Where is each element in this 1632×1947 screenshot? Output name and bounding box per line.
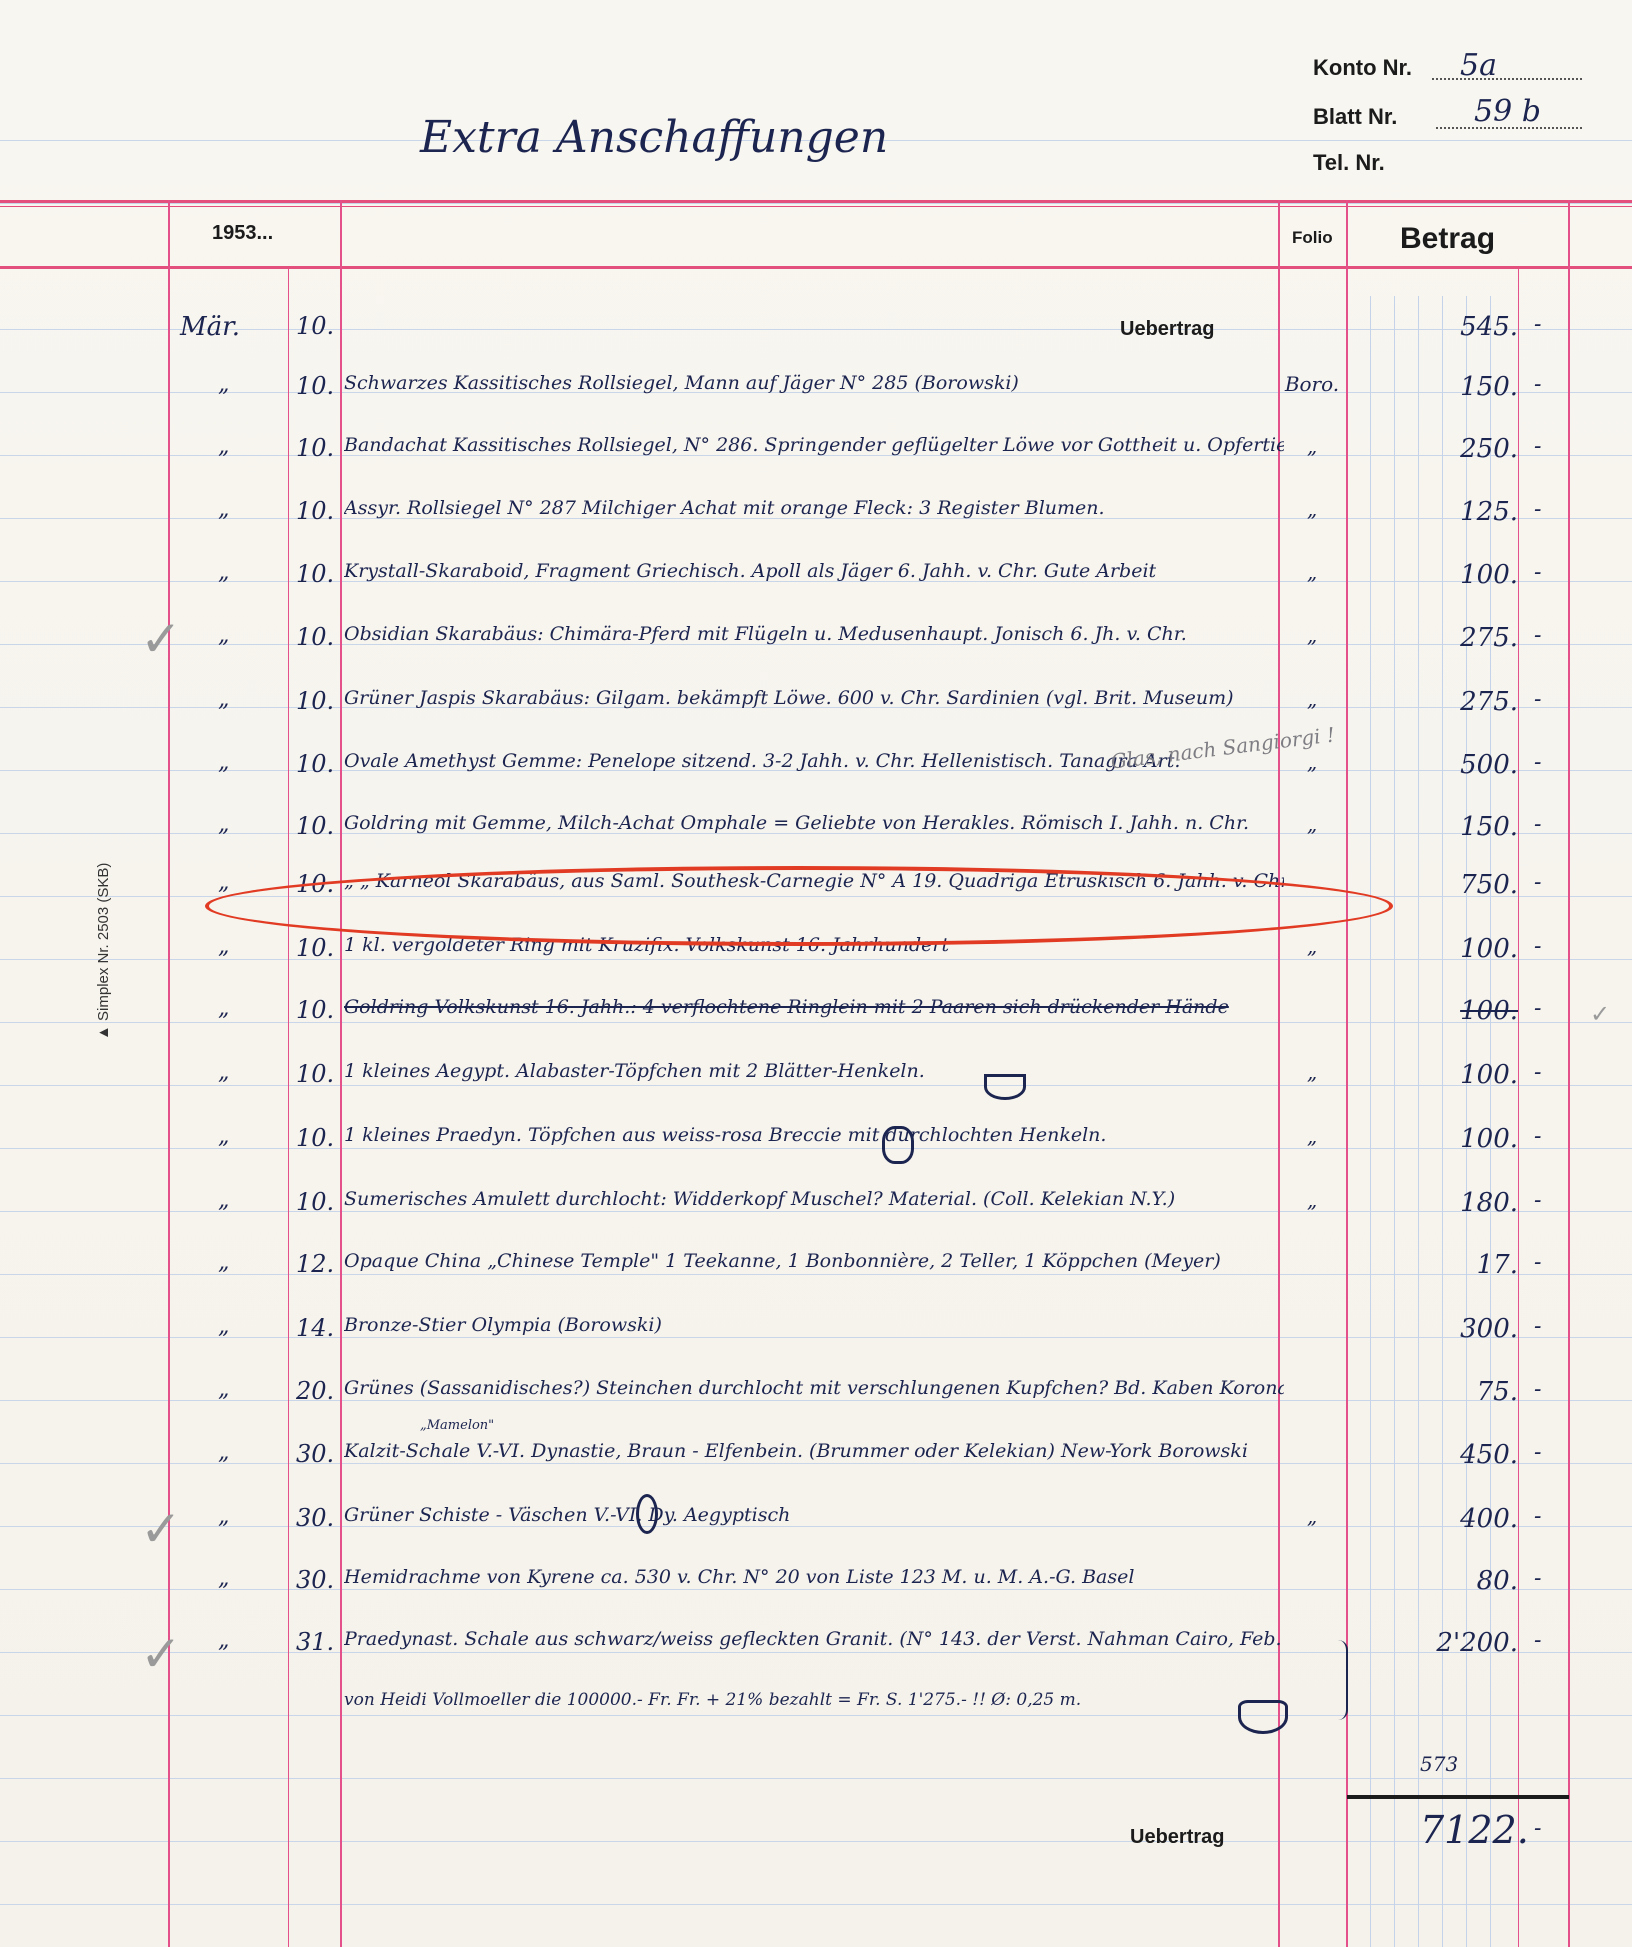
amount-dash: - (1534, 1314, 1541, 1339)
page-title: Extra Anschaffungen (420, 112, 888, 163)
ditto-mark: „ (218, 750, 229, 775)
ditto-mark: „ (218, 1188, 229, 1213)
ledger-row: „10.Schwarzes Kassitisches Rollsiegel, M… (0, 372, 1632, 432)
jar-sketch-icon (882, 1126, 914, 1164)
bowl-sketch-icon (984, 1074, 1026, 1100)
item-description: Opaque China „Chinese Temple" 1 Teekanne… (344, 1250, 1221, 1272)
amount: 150. (1460, 812, 1518, 842)
day-label: 30. (296, 1440, 334, 1468)
subtotal-value: 573 (1420, 1752, 1458, 1776)
konto-value: 5a (1460, 48, 1497, 83)
amount-dash: - (1534, 1504, 1541, 1529)
item-description: Ovale Amethyst Gemme: Penelope sitzend. … (344, 750, 1180, 772)
item-description: 1 kleines Aegypt. Alabaster-Töpfchen mit… (344, 1060, 925, 1082)
item-description: Goldring Volkskunst 16. Jahh.: 4 verfloc… (344, 996, 1229, 1018)
ditto-mark: „ (218, 560, 229, 585)
day-label: 10. (296, 434, 334, 462)
amount: 100. (1460, 560, 1518, 590)
amount-dash: - (1534, 996, 1541, 1021)
ditto-mark: „ (218, 1377, 229, 1402)
day-label: 30. (296, 1566, 334, 1594)
item-description: 1 kleines Praedyn. Töpfchen aus weiss-ro… (344, 1124, 1106, 1146)
item-description: Kalzit-Schale V.-VI. Dynastie, Braun - E… (344, 1440, 1248, 1462)
amount: 2'200. (1436, 1628, 1518, 1658)
bracket-mark (1336, 1640, 1348, 1720)
amount-dash: - (1534, 623, 1541, 648)
item-description: Bronze-Stier Olympia (Borowski) (344, 1314, 662, 1336)
day-label: 20. (296, 1377, 334, 1405)
folio-ref: „ (1282, 560, 1342, 584)
checkmark-icon: ✓ (140, 1625, 182, 1683)
amount-dash: - (1534, 870, 1541, 895)
day-label: 10. (296, 497, 334, 525)
total-rule (1347, 1795, 1569, 1799)
amount: 180. (1460, 1188, 1518, 1218)
amount-dash: - (1534, 1628, 1541, 1653)
folio-header: Folio (1292, 228, 1333, 248)
folio-ref: „ (1282, 497, 1342, 521)
ditto-mark: „ (218, 934, 229, 959)
ledger-row: „10.Bandachat Kassitisches Rollsiegel, N… (0, 434, 1632, 494)
item-description: Assyr. Rollsiegel N° 287 Milchiger Achat… (344, 497, 1105, 519)
ruled-line (0, 1778, 1632, 1779)
blatt-value: 59 b (1474, 94, 1541, 129)
folio-ref: „ (1282, 1504, 1342, 1528)
item-description: Grüner Schiste - Väschen V.-VI. Dy. Aegy… (344, 1504, 790, 1526)
ruled-line (0, 1904, 1632, 1905)
amount-dash: - (1534, 497, 1541, 522)
amount: 75. (1477, 1377, 1518, 1407)
ruled-line (0, 1841, 1632, 1842)
carry-in-amount: 545. (1460, 312, 1518, 342)
ditto-mark: „ (218, 1504, 229, 1529)
day-label: 12. (296, 1250, 334, 1278)
amount-dash: - (1534, 1124, 1541, 1149)
day-label: 10. (296, 560, 334, 588)
amount: 100. (1460, 996, 1518, 1026)
amount: 80. (1477, 1566, 1518, 1596)
ledger-row: „20.Grünes (Sassanidisches?) Steinchen d… (0, 1377, 1632, 1437)
folio-ref: „ (1282, 434, 1342, 458)
amount-dash: - (1534, 372, 1541, 397)
year-header: 1953... (212, 222, 273, 245)
blatt-label: Blatt Nr. (1313, 104, 1397, 130)
item-description: Obsidian Skarabäus: Chimära-Pferd mit Fl… (344, 623, 1187, 645)
month-label: Mär. (180, 312, 240, 342)
ditto-mark: „ (218, 812, 229, 837)
day-label: 10. (296, 687, 334, 715)
ledger-row: „10.Ovale Amethyst Gemme: Penelope sitze… (0, 750, 1632, 810)
ledger-row: „30.Kalzit-Schale V.-VI. Dynastie, Braun… (0, 1440, 1632, 1500)
tick-mark-icon: ✓ (1590, 1000, 1610, 1028)
amount-dash: - (1534, 434, 1541, 459)
ditto-mark: „ (218, 1314, 229, 1339)
folio-ref: „ (1282, 750, 1342, 774)
checkmark-icon: ✓ (140, 1500, 182, 1558)
ledger-row: „10.Krystall-Skaraboid, Fragment Griechi… (0, 560, 1632, 620)
ditto-mark: „ (218, 434, 229, 459)
ditto-mark: „ (218, 996, 229, 1021)
ditto-mark: „ (218, 687, 229, 712)
amount-dash: - (1534, 1188, 1541, 1213)
ditto-mark: „ (218, 1566, 229, 1591)
speckled-bowl-sketch-icon (1238, 1700, 1288, 1734)
amount: 750. (1460, 870, 1518, 900)
item-description-continued: von Heidi Vollmoeller die 100000.- Fr. F… (344, 1690, 1081, 1710)
amount: 150. (1460, 372, 1518, 402)
carry-in-row: Mär. 10. Uebertrag 545. - (0, 312, 1632, 372)
ditto-mark: „ (218, 1060, 229, 1085)
carry-in-label: Uebertrag (1120, 318, 1214, 341)
day-label: 10. (296, 1124, 334, 1152)
folio-ref: „ (1282, 687, 1342, 711)
amount-dash: - (1534, 1566, 1541, 1591)
day-label: 14. (296, 1314, 334, 1342)
ditto-mark: „ (218, 497, 229, 522)
day-label: 10. (296, 312, 334, 340)
day-label: 10. (296, 1060, 334, 1088)
ledger-row: „10.Assyr. Rollsiegel N° 287 Milchiger A… (0, 497, 1632, 557)
ledger-row: „10.Grüner Jaspis Skarabäus: Gilgam. bek… (0, 687, 1632, 747)
amount: 100. (1460, 934, 1518, 964)
ruled-line (0, 203, 1632, 204)
amount-dash: - (1534, 560, 1541, 585)
amount-dash: - (1534, 1440, 1541, 1465)
day-label: 10. (296, 812, 334, 840)
item-description: Schwarzes Kassitisches Rollsiegel, Mann … (344, 372, 1019, 394)
ditto-mark: „ (218, 623, 229, 648)
day-label: 30. (296, 1504, 334, 1532)
ledger-row: „10.1 kleines Aegypt. Alabaster-Töpfchen… (0, 1060, 1632, 1120)
header-pink-rule (0, 266, 1632, 269)
day-label: 10. (296, 996, 334, 1024)
amount-dash: - (1534, 750, 1541, 775)
amount: 275. (1460, 623, 1518, 653)
item-description: Grüner Jaspis Skarabäus: Gilgam. bekämpf… (344, 687, 1234, 709)
amount: 100. (1460, 1124, 1518, 1154)
ledger-row: „10.Goldring mit Gemme, Milch-Achat Omph… (0, 812, 1632, 872)
ditto-mark: „ (218, 372, 229, 397)
amount-dash: - (1534, 1377, 1541, 1402)
checkmark-icon: ✓ (140, 610, 182, 668)
carry-out-label: Uebertrag (1130, 1826, 1224, 1849)
amount: 125. (1460, 497, 1518, 527)
ledger-row: „30.Grüner Schiste - Väschen V.-VI. Dy. … (0, 1504, 1632, 1564)
folio-ref: „ (1282, 812, 1342, 836)
top-pink-rule (0, 200, 1632, 203)
item-description: Grünes (Sassanidisches?) Steinchen durch… (344, 1377, 1284, 1399)
item-description: Goldring mit Gemme, Milch-Achat Omphale … (344, 812, 1249, 834)
ledger-row: „14.Bronze-Stier Olympia (Borowski)300.- (0, 1314, 1632, 1374)
amount-dash: - (1534, 812, 1541, 837)
ledger-row: „31.Praedynast. Schale aus schwarz/weiss… (0, 1628, 1632, 1688)
day-label: 10. (296, 372, 334, 400)
ledger-row: „10.Sumerisches Amulett durchlocht: Widd… (0, 1188, 1632, 1248)
amount: 400. (1460, 1504, 1518, 1534)
ledger-row: „10.Obsidian Skarabäus: Chimära-Pferd mi… (0, 623, 1632, 683)
amount-dash: - (1534, 934, 1541, 959)
amount-dash: - (1534, 1060, 1541, 1085)
ledger-row: „30.Hemidrachme von Kyrene ca. 530 v. Ch… (0, 1566, 1632, 1626)
amount-dash: - (1534, 687, 1541, 712)
item-description: Bandachat Kassitisches Rollsiegel, N° 28… (344, 434, 1284, 456)
carry-out-amount: 7122. (1420, 1808, 1529, 1852)
day-label: 31. (296, 1628, 334, 1656)
konto-dots (1432, 78, 1582, 80)
day-label: 10. (296, 623, 334, 651)
folio-ref: „ (1282, 623, 1342, 647)
highlight-circle (205, 866, 1393, 946)
ditto-mark: „ (218, 1440, 229, 1465)
ditto-mark: „ (218, 870, 229, 895)
ledger-row: „10.1 kleines Praedyn. Töpfchen aus weis… (0, 1124, 1632, 1184)
ditto-mark: „ (218, 1124, 229, 1149)
day-label: 10. (296, 934, 334, 962)
amount: 500. (1460, 750, 1518, 780)
item-description: Praedynast. Schale aus schwarz/weiss gef… (344, 1628, 1284, 1650)
amount-dash: - (1534, 1250, 1541, 1275)
day-label: 10. (296, 1188, 334, 1216)
amount: 275. (1460, 687, 1518, 717)
item-description: Sumerisches Amulett durchlocht: Widderko… (344, 1188, 1175, 1210)
carry-out-dash: - (1534, 1816, 1541, 1841)
folio-ref: „ (1282, 934, 1342, 958)
folio-ref: „ (1282, 1060, 1342, 1084)
konto-label: Konto Nr. (1313, 55, 1412, 81)
folio-ref: „ (1282, 1124, 1342, 1148)
amount: 450. (1460, 1440, 1518, 1470)
carry-in-dash: - (1534, 312, 1541, 337)
vase-sketch-icon (636, 1494, 658, 1534)
amount: 250. (1460, 434, 1518, 464)
folio-ref: Boro. (1282, 372, 1342, 396)
ditto-mark: „ (218, 1628, 229, 1653)
superscript-note: „Mamelon" (420, 1418, 494, 1433)
ditto-mark: „ (218, 1250, 229, 1275)
amount: 300. (1460, 1314, 1518, 1344)
ledger-row: „12.Opaque China „Chinese Temple" 1 Teek… (0, 1250, 1632, 1310)
day-label: 10. (296, 750, 334, 778)
item-description: Krystall-Skaraboid, Fragment Griechisch.… (344, 560, 1156, 582)
ruled-line (0, 1715, 1632, 1716)
folio-ref: „ (1282, 1188, 1342, 1212)
top-pink-rule-thin (0, 206, 1632, 207)
tel-label: Tel. Nr. (1313, 150, 1385, 176)
amount: 100. (1460, 1060, 1518, 1090)
item-description: Hemidrachme von Kyrene ca. 530 v. Chr. N… (344, 1566, 1134, 1588)
ledger-row-cancelled: „10.Goldring Volkskunst 16. Jahh.: 4 ver… (0, 996, 1632, 1056)
betrag-header: Betrag (1400, 222, 1495, 256)
amount: 17. (1477, 1250, 1518, 1280)
ledger-page: Konto Nr. 5a Blatt Nr. 59 b Tel. Nr. Ext… (0, 0, 1632, 1947)
